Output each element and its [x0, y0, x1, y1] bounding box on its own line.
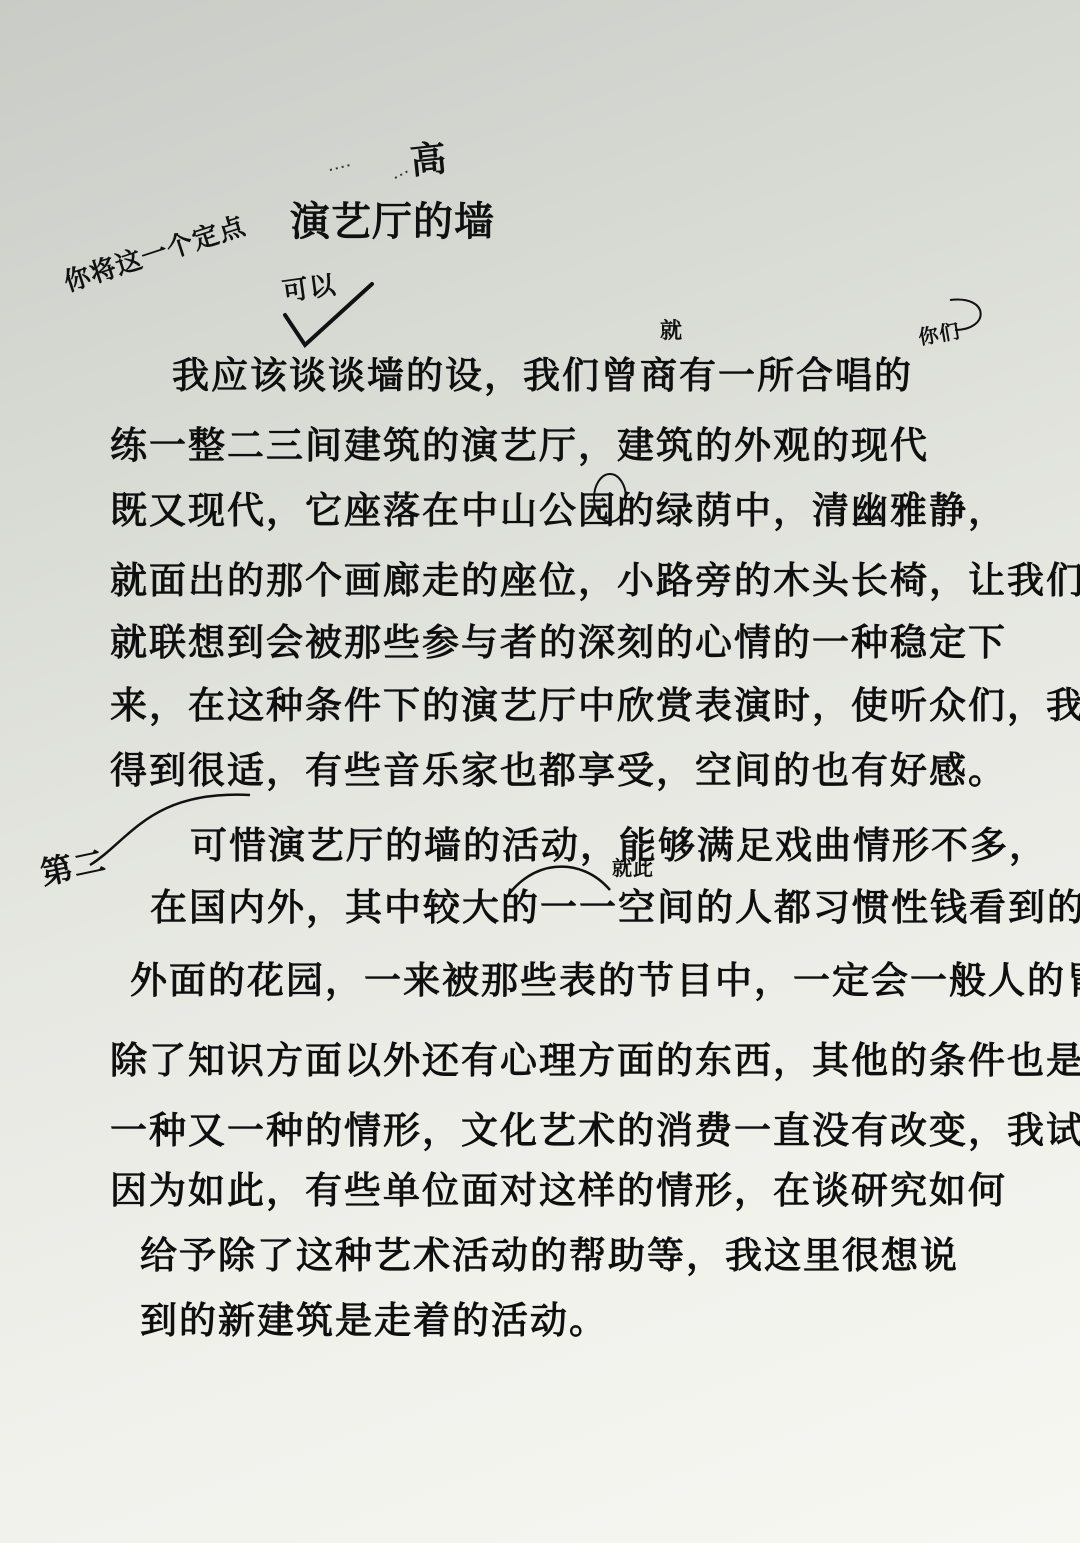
page-title: 演艺厅的墙	[290, 190, 495, 247]
manuscript-line: 因为如此，有些单位面对这样的情形，在谈研究如何	[110, 1160, 1007, 1214]
manuscript-line: 除了知识方面以外还有心理方面的东西，其他的条件也是，大概看的	[110, 1030, 1080, 1084]
manuscript-line: 既又现代，它座落在中山公园的绿荫中，清幽雅静，	[110, 480, 1007, 534]
manuscript-line: 就联想到会被那些参与者的深刻的心情的一种稳定下	[110, 612, 1007, 666]
manuscript-line: 在国内外，其中较大的一一空间的人都习惯性钱看到的	[150, 877, 1080, 931]
title-insertion: 高	[407, 130, 449, 185]
manuscript-line: 给予除了这种艺术活动的帮助等，我这里很想说	[140, 1225, 959, 1279]
manuscript-line: 得到很适，有些音乐家也都享受，空间的也有好感。	[110, 740, 1007, 794]
manuscript-line: 就面出的那个画廊走的座位，小路旁的木头长椅，让我们	[110, 550, 1080, 604]
manuscript-line: 到的新建筑是走着的活动。	[140, 1290, 608, 1344]
manuscript-line: 一种又一种的情形，文化艺术的消费一直没有改变，我试	[110, 1100, 1080, 1154]
insertion-note-line1: 就	[660, 314, 683, 345]
margin-note-keyi: 可以	[280, 264, 339, 308]
manuscript-page: 高 演艺厅的墙 你将这一个定点 可以 就 你们 第二 就此 我应该谈谈墙的设，我…	[0, 0, 1080, 1543]
manuscript-line: 来，在这种条件下的演艺厅中欣赏表演时，使听众们，我都	[110, 675, 1080, 729]
insertion-dots	[330, 165, 410, 178]
manuscript-line: 练一整二三间建筑的演艺厅，建筑的外观的现代	[110, 415, 929, 469]
manuscript-line: 可惜演艺厅的墙的活动，能够满足戏曲情形不多，	[190, 815, 1048, 869]
manuscript-line: 外面的花园，一来被那些表的节目中，一定会一般人的胃口，	[130, 950, 1080, 1004]
manuscript-line: 我应该谈谈墙的设，我们曾商有一所合唱的	[172, 345, 913, 399]
